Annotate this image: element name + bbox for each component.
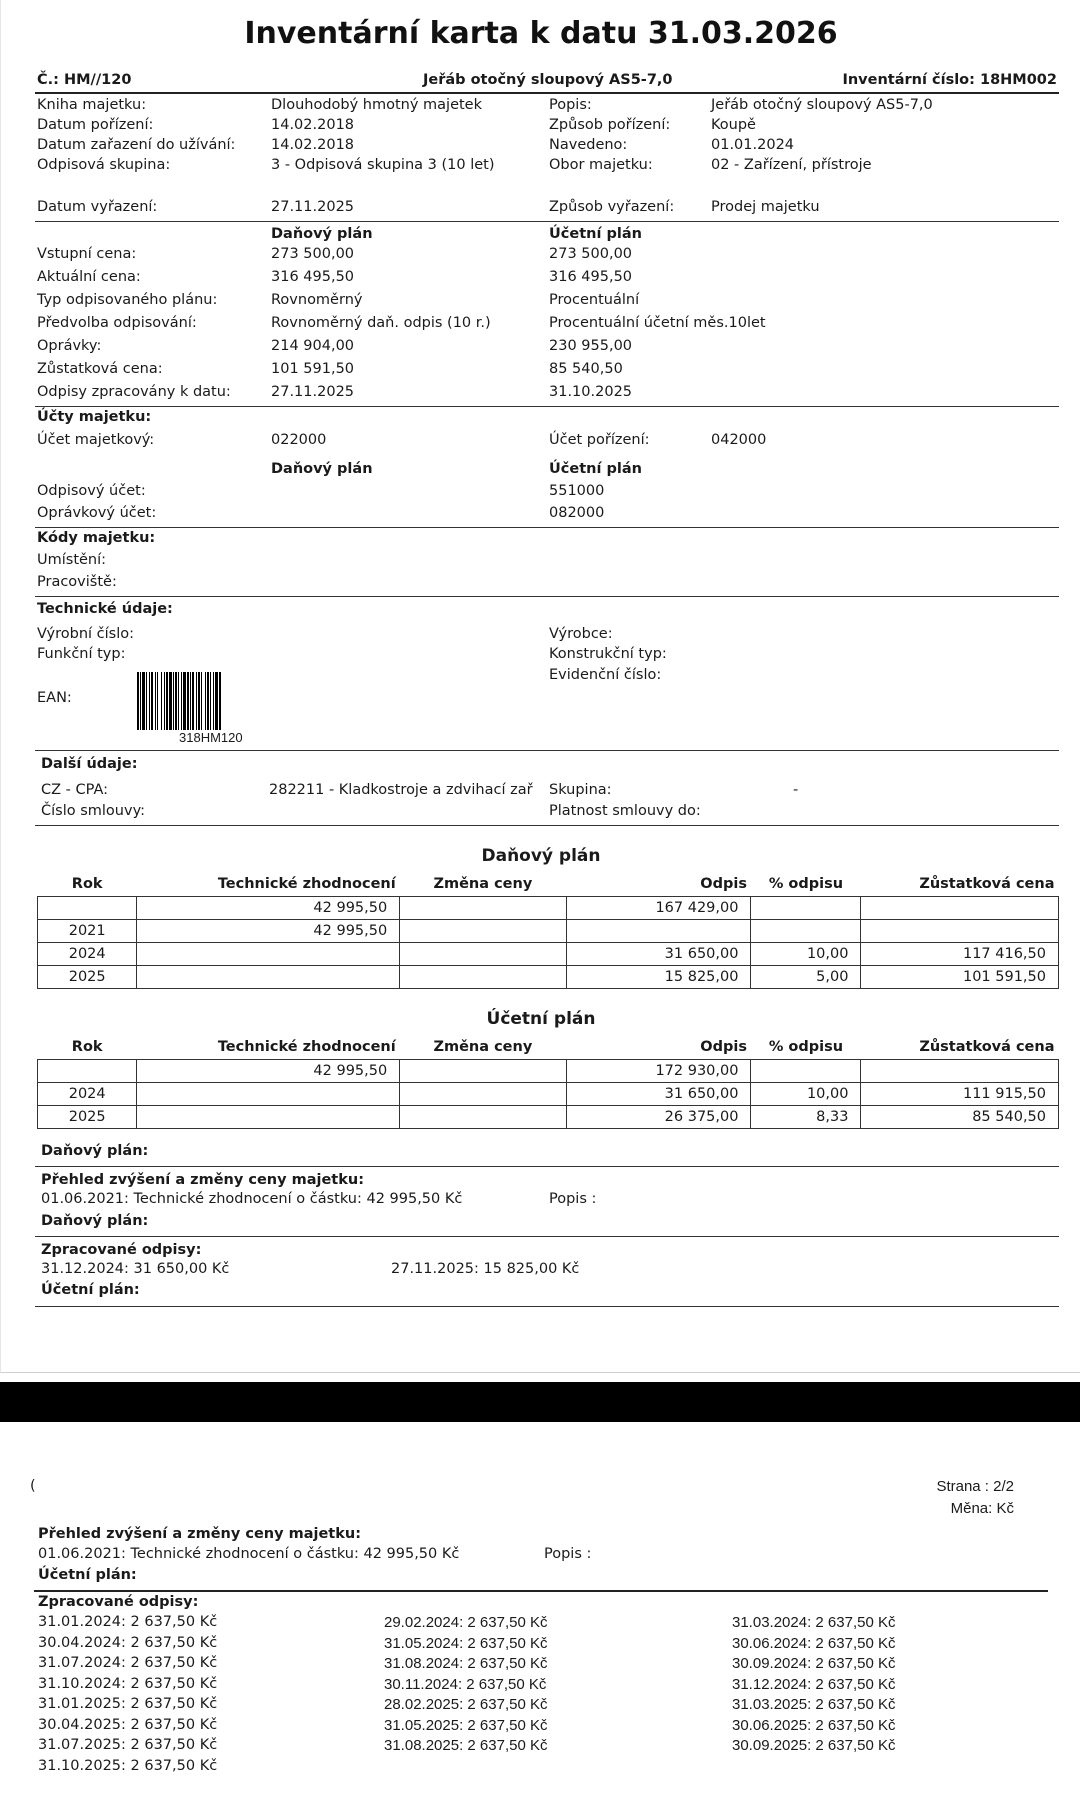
table-cell: [751, 897, 861, 920]
processed-entry: 31.01.2024: 2 637,50 Kč: [38, 1614, 217, 1630]
table-cell: 5,00: [751, 966, 861, 989]
table-cell: 2024: [38, 943, 137, 966]
column-header: Změna ceny: [400, 874, 566, 897]
table-cell: 2025: [38, 1106, 137, 1129]
table-cell: 42 995,50: [137, 920, 400, 943]
manufacturer-label: Výrobce:: [549, 626, 613, 642]
divider: [35, 825, 1059, 826]
evidence-number-label: Evidenční číslo:: [549, 667, 661, 683]
table-cell: 2021: [38, 920, 137, 943]
divider: [35, 527, 1059, 528]
ean-label: EAN:: [37, 690, 72, 706]
asset-name: Jeřáb otočný sloupový AS5-7,0: [423, 72, 673, 88]
field-value: Dlouhodobý hmotný majetek: [271, 97, 482, 113]
acc-plan-value: 230 955,00: [549, 338, 632, 354]
disposal-method-label: Způsob vyřazení:: [549, 199, 674, 215]
divider: [35, 750, 1059, 751]
popis-label: Popis :: [549, 1191, 596, 1207]
table-cell: [400, 966, 566, 989]
tax-plan-value: 273 500,00: [271, 246, 354, 262]
processed-entry: 30.04.2025: 2 637,50 Kč: [38, 1717, 217, 1733]
table-cell: [137, 1106, 400, 1129]
table-cell: [861, 897, 1059, 920]
table-cell: [400, 897, 566, 920]
document-page-1: Inventární karta k datu 31.03.2026 Č.: H…: [0, 0, 1080, 1373]
construction-type-label: Konstrukční typ:: [549, 646, 667, 662]
divider: [35, 1306, 1059, 1307]
table-cell: 2025: [38, 966, 137, 989]
table-row: 42 995,50167 429,00: [38, 897, 1059, 920]
table-cell: 111 915,50: [861, 1083, 1059, 1106]
overview-line-2: 01.06.2021: Technické zhodnocení o částk…: [38, 1546, 459, 1562]
field-value: 14.02.2018: [271, 137, 354, 153]
other-heading: Další údaje:: [41, 756, 138, 772]
table-cell: 42 995,50: [137, 897, 400, 920]
divider: [35, 92, 1059, 94]
table-cell: 31 650,00: [566, 1083, 751, 1106]
table-cell: [861, 1060, 1059, 1083]
table-cell: [38, 897, 137, 920]
table-row: 202142 995,50: [38, 920, 1059, 943]
document-title: Inventární karta k datu 31.03.2026: [1, 16, 1080, 51]
table-cell: 26 375,00: [566, 1106, 751, 1129]
technical-heading: Technické údaje:: [37, 601, 173, 617]
divider: [35, 596, 1059, 597]
acc-table-title: Účetní plán: [1, 1009, 1080, 1029]
disposal-date-label: Datum vyřazení:: [37, 199, 157, 215]
table-cell: [861, 920, 1059, 943]
acc-plan-value: 316 495,50: [549, 269, 632, 285]
field-value: 02 - Zařízení, přístroje: [711, 157, 872, 173]
group-label: Skupina:: [549, 782, 612, 798]
table-cell: 85 540,50: [861, 1106, 1059, 1129]
table-cell: 10,00: [751, 943, 861, 966]
table-cell: 172 930,00: [566, 1060, 751, 1083]
field-label: Obor majetku:: [549, 157, 653, 173]
plan-row-label: Vstupní cena:: [37, 246, 136, 262]
plan-row-label: Typ odpisovaného plánu:: [37, 292, 217, 308]
acc-plan-value: 31.10.2025: [549, 384, 632, 400]
tax-plan-value: 214 904,00: [271, 338, 354, 354]
field-value: Jeřáb otočný sloupový AS5-7,0: [711, 97, 933, 113]
accumulated-account-value: 082000: [549, 505, 604, 521]
field-label: Odpisová skupina:: [37, 157, 170, 173]
table-row: 42 995,50172 930,00: [38, 1060, 1059, 1083]
table-cell: 2024: [38, 1083, 137, 1106]
processed-entry: 31.03.2025: 2 637,50 Kč: [732, 1696, 895, 1713]
acc-plan-label-2: Účetní plán:: [38, 1567, 137, 1583]
field-value: 01.01.2024: [711, 137, 794, 153]
processed-entry: 30.09.2025: 2 637,50 Kč: [732, 1737, 895, 1754]
column-header: Zůstatková cena: [861, 874, 1059, 897]
inventory-number: Inventární číslo: 18HM002: [842, 72, 1057, 88]
table-cell: [38, 1060, 137, 1083]
table-row: 202431 650,0010,00117 416,50: [38, 943, 1059, 966]
acc-plan-value: Procentuální účetní měs.10let: [549, 315, 766, 331]
processed-heading: Zpracované odpisy:: [41, 1242, 201, 1258]
field-value: 14.02.2018: [271, 117, 354, 133]
acc-plan-value: Procentuální: [549, 292, 639, 308]
processed-entry: 30.04.2024: 2 637,50 Kč: [38, 1635, 217, 1651]
tax-plan-value: 27.11.2025: [271, 384, 354, 400]
column-header: Změna ceny: [400, 1037, 566, 1060]
processed-entry: 31.07.2024: 2 637,50 Kč: [38, 1655, 217, 1671]
table-cell: [751, 1060, 861, 1083]
workplace-label: Pracoviště:: [37, 574, 117, 590]
serial-number-label: Výrobní číslo:: [37, 626, 134, 642]
cpa-value: 282211 - Kladkostroje a zdvihací zař: [269, 782, 549, 798]
table-cell: 167 429,00: [566, 897, 751, 920]
table-cell: 15 825,00: [566, 966, 751, 989]
table-cell: [400, 920, 566, 943]
overview-line: 01.06.2021: Technické zhodnocení o částk…: [41, 1191, 462, 1207]
acquisition-account-value: 042000: [711, 432, 766, 448]
disposal-method-value: Prodej majetku: [711, 199, 820, 215]
processed-entry: 31.12.2024: 31 650,00 Kč: [41, 1261, 229, 1277]
table-cell: 8,33: [751, 1106, 861, 1129]
accounting-plan-table: RokTechnické zhodnoceníZměna cenyOdpis% …: [37, 1037, 1059, 1129]
field-label: Datum pořízení:: [37, 117, 153, 133]
barcode-icon: [137, 672, 297, 730]
divider: [34, 1590, 1048, 1592]
plan-row-label: Aktuální cena:: [37, 269, 141, 285]
column-header: Rok: [38, 874, 137, 897]
paren-mark: (: [30, 1478, 36, 1494]
tax-table-title: Daňový plán: [1, 846, 1080, 866]
table-cell: [400, 1083, 566, 1106]
column-header: Technické zhodnocení: [137, 1037, 400, 1060]
divider: [35, 406, 1059, 407]
divider: [35, 1166, 1059, 1167]
processed-entry: 28.02.2025: 2 637,50 Kč: [384, 1696, 547, 1713]
column-header: Odpis: [566, 874, 751, 897]
field-value: Koupě: [711, 117, 756, 133]
tax-plan-value: Rovnoměrný: [271, 292, 362, 308]
divider: [35, 221, 1059, 222]
column-header: % odpisu: [751, 874, 861, 897]
overview-heading: Přehled zvýšení a změny ceny majetku:: [41, 1172, 364, 1188]
location-label: Umístění:: [37, 552, 106, 568]
depreciation-account-value: 551000: [549, 483, 604, 499]
table-cell: 117 416,50: [861, 943, 1059, 966]
accounts-heading: Účty majetku:: [37, 409, 151, 425]
table-cell: [137, 966, 400, 989]
tax-plan-value: Rovnoměrný daň. odpis (10 r.): [271, 315, 491, 331]
field-label: Navedeno:: [549, 137, 627, 153]
table-cell: 10,00: [751, 1083, 861, 1106]
ean-value: 318HM120: [179, 730, 243, 745]
acquisition-account-label: Účet pořízení:: [549, 432, 650, 448]
tax-plan-value: 316 495,50: [271, 269, 354, 285]
acc-plan-header: Účetní plán: [549, 226, 642, 242]
processed-entry: 31.05.2025: 2 637,50 Kč: [384, 1717, 547, 1734]
codes-heading: Kódy majetku:: [37, 530, 155, 546]
functional-type-label: Funkční typ:: [37, 646, 125, 662]
table-cell: [751, 920, 861, 943]
field-label: Datum zařazení do užívání:: [37, 137, 235, 153]
acc-plan-label: Účetní plán:: [41, 1282, 140, 1298]
table-cell: [137, 943, 400, 966]
table-cell: 31 650,00: [566, 943, 751, 966]
contract-validity-label: Platnost smlouvy do:: [549, 803, 701, 819]
column-header: Rok: [38, 1037, 137, 1060]
table-cell: 42 995,50: [137, 1060, 400, 1083]
processed-entry: 31.07.2025: 2 637,50 Kč: [38, 1737, 217, 1753]
processed-entry: 30.11.2024: 2 637,50 Kč: [384, 1676, 546, 1693]
plan-row-label: Oprávky:: [37, 338, 101, 354]
tax-plan-label: Daňový plán:: [41, 1143, 148, 1159]
table-cell: 101 591,50: [861, 966, 1059, 989]
processed-entry: 31.08.2024: 2 637,50 Kč: [384, 1655, 547, 1672]
table-cell: [137, 1083, 400, 1106]
table-row: 202515 825,005,00101 591,50: [38, 966, 1059, 989]
popis-label-2: Popis :: [544, 1546, 591, 1562]
table-cell: [566, 920, 751, 943]
asset-account-value: 022000: [271, 432, 326, 448]
plan-row-label: Zůstatková cena:: [37, 361, 163, 377]
page-number: Strana : 2/2: [936, 1478, 1014, 1495]
accounts-acc-header: Účetní plán: [549, 461, 642, 477]
processed-entry: 30.06.2025: 2 637,50 Kč: [732, 1717, 895, 1734]
column-header: Technické zhodnocení: [137, 874, 400, 897]
table-row: 202526 375,008,3385 540,50: [38, 1106, 1059, 1129]
processed-entry: 30.06.2024: 2 637,50 Kč: [732, 1635, 895, 1652]
table-cell: [400, 1106, 566, 1129]
column-header: Zůstatková cena: [861, 1037, 1059, 1060]
field-label: Způsob pořízení:: [549, 117, 670, 133]
table-cell: [400, 943, 566, 966]
currency-label: Měna: Kč: [951, 1500, 1014, 1517]
asset-account-label: Účet majetkový:: [37, 432, 154, 448]
processed-entry: 31.01.2025: 2 637,50 Kč: [38, 1696, 217, 1712]
field-label: Kniha majetku:: [37, 97, 146, 113]
depreciation-account-label: Odpisový účet:: [37, 483, 146, 499]
group-value: -: [793, 782, 798, 798]
processed-entry: 31.05.2024: 2 637,50 Kč: [384, 1635, 547, 1652]
processed-entry: 27.11.2025: 15 825,00 Kč: [391, 1261, 579, 1277]
divider: [35, 1236, 1059, 1237]
table-cell: [400, 1060, 566, 1083]
column-header: Odpis: [566, 1037, 751, 1060]
processed-entry: 30.09.2024: 2 637,50 Kč: [732, 1655, 895, 1672]
document-page-2: ( Strana : 2/2 Měna: Kč Přehled zvýšení …: [0, 1422, 1080, 1812]
field-label: Popis:: [549, 97, 592, 113]
tax-plan-value: 101 591,50: [271, 361, 354, 377]
accumulated-account-label: Oprávkový účet:: [37, 505, 156, 521]
overview-heading-2: Přehled zvýšení a změny ceny majetku:: [38, 1526, 361, 1542]
tax-plan-table: RokTechnické zhodnoceníZměna cenyOdpis% …: [37, 874, 1059, 989]
plan-row-label: Předvolba odpisování:: [37, 315, 197, 331]
contract-number-label: Číslo smlouvy:: [41, 803, 145, 819]
processed-entry: 29.02.2024: 2 637,50 Kč: [384, 1614, 547, 1631]
processed-entry: 31.03.2024: 2 637,50 Kč: [732, 1614, 895, 1631]
plan-row-label: Odpisy zpracovány k datu:: [37, 384, 231, 400]
disposal-date-value: 27.11.2025: [271, 199, 354, 215]
accounts-tax-header: Daňový plán: [271, 461, 373, 477]
column-header: % odpisu: [751, 1037, 861, 1060]
page-separator: [0, 1382, 1080, 1422]
processed-entry: 31.10.2024: 2 637,50 Kč: [38, 1676, 217, 1692]
tax-plan-header: Daňový plán: [271, 226, 373, 242]
acc-plan-value: 85 540,50: [549, 361, 623, 377]
cpa-label: CZ - CPA:: [41, 782, 108, 798]
tax-plan-label-2: Daňový plán:: [41, 1213, 148, 1229]
acc-plan-value: 273 500,00: [549, 246, 632, 262]
asset-number: Č.: HM//120: [37, 72, 131, 88]
processed-entry: 31.08.2025: 2 637,50 Kč: [384, 1737, 547, 1754]
field-value: 3 - Odpisová skupina 3 (10 let): [271, 157, 494, 173]
table-row: 202431 650,0010,00111 915,50: [38, 1083, 1059, 1106]
processed-heading-2: Zpracované odpisy:: [38, 1594, 198, 1610]
processed-entry: 31.12.2024: 2 637,50 Kč: [732, 1676, 895, 1693]
processed-entry: 31.10.2025: 2 637,50 Kč: [38, 1758, 217, 1774]
